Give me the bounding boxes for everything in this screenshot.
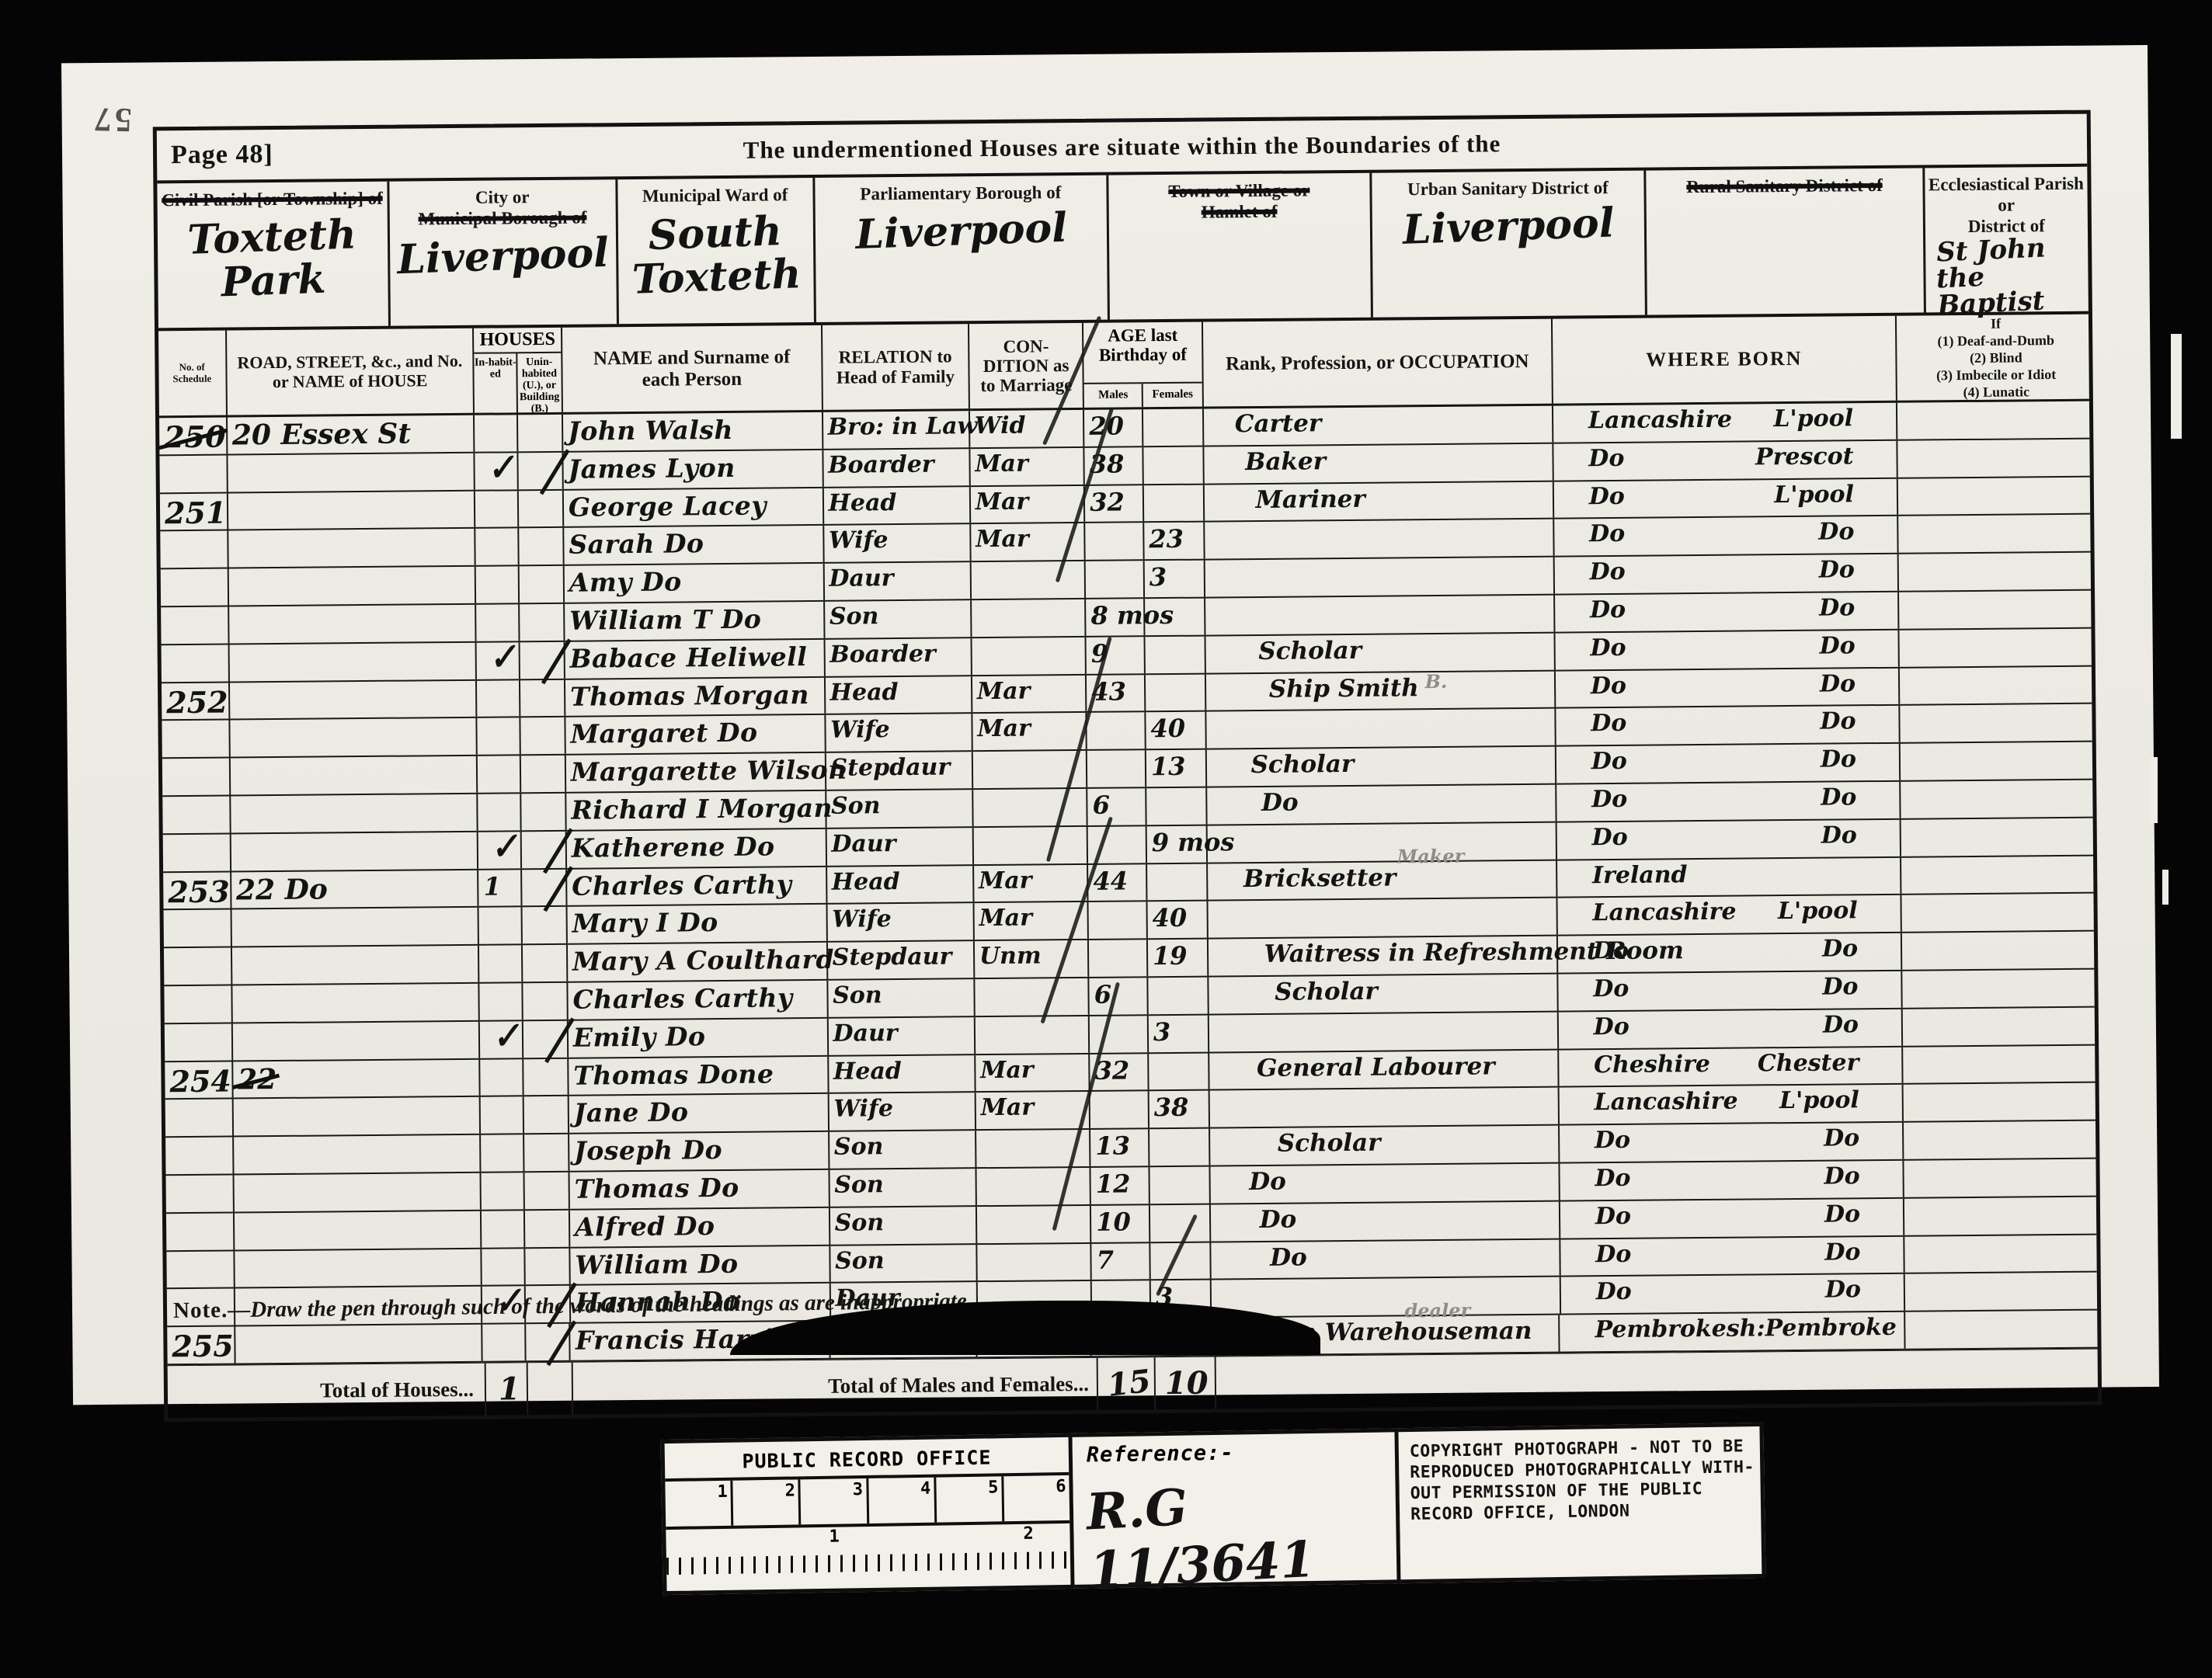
born-place: Do xyxy=(1819,556,1855,583)
born-county: Do xyxy=(1591,748,1627,775)
cell-where-born: LancashireL'pool xyxy=(1559,1085,1904,1124)
locality-box-value: South Toxteth xyxy=(617,209,815,303)
total-females-value: 10 xyxy=(1156,1365,1209,1402)
cell-condition: Mar xyxy=(970,448,1085,485)
cell-infirmity xyxy=(1904,1197,2096,1235)
age-female: 40 xyxy=(1150,714,1185,743)
cell-age-male: 6 xyxy=(1087,788,1146,825)
photo-artifact xyxy=(2162,870,2169,905)
cell-road: 22 xyxy=(233,1059,481,1098)
ruler-cm-cell: 5 xyxy=(936,1476,1004,1522)
cell-name: Mary A Coulthard xyxy=(568,943,828,981)
cell-uninhabited xyxy=(519,528,564,565)
cell-occupation xyxy=(1205,519,1555,559)
locality-box-6: Rural Sanitary District of xyxy=(1647,168,1926,314)
cell-where-born: DoPrescot xyxy=(1553,441,1898,481)
born-county: Do xyxy=(1593,975,1629,1002)
cell-age-female xyxy=(1149,1053,1209,1089)
cell-condition xyxy=(977,1206,1092,1243)
relation-to-head: Wife xyxy=(830,717,890,745)
cell-age-male xyxy=(1085,523,1144,560)
cell-condition xyxy=(977,1243,1092,1280)
ruler-cm-number: 3 xyxy=(853,1480,864,1499)
person-name: Richard I Morgan xyxy=(571,793,833,825)
cell-infirmity xyxy=(1901,742,2092,780)
photo-artifact xyxy=(2150,757,2158,823)
ruler-cm-cell: 4 xyxy=(868,1478,937,1523)
road-street: 20 Essex St xyxy=(232,417,411,451)
age-male: 6 xyxy=(1092,790,1110,820)
cell-age-female: 13 xyxy=(1146,750,1207,787)
locality-box-value: Liverpool xyxy=(815,205,1108,259)
age-female: 13 xyxy=(1151,752,1186,781)
cell-occupation: Do xyxy=(1211,1239,1561,1279)
cell-age-female: 3 xyxy=(1149,1015,1209,1051)
cell-age-female: 9 mos xyxy=(1147,825,1208,862)
reference-value: R.G 11/3641 xyxy=(1085,1468,1399,1600)
cell-name: Thomas Done xyxy=(569,1056,829,1095)
cell-where-born: CheshireChester xyxy=(1559,1047,1904,1086)
pencil-annotation: dealer xyxy=(1404,1299,1470,1322)
col-houses: HOUSES xyxy=(474,328,561,354)
marital-condition: Mar xyxy=(975,450,1028,478)
born-county: Do xyxy=(1589,558,1625,585)
born-place: Do xyxy=(1820,708,1856,735)
cell-schedule: 255 xyxy=(167,1327,235,1364)
cell-where-born: DoDo xyxy=(1560,1236,1905,1276)
cell-name: Amy Do xyxy=(565,564,825,603)
cell-name: Alfred Do xyxy=(570,1208,830,1247)
cell-uninhabited xyxy=(521,717,566,754)
born-county: Do xyxy=(1596,1278,1632,1305)
age-female: 3 xyxy=(1149,562,1167,592)
cell-uninhabited xyxy=(523,1058,569,1095)
col-houses-group: HOUSES In-habit-ed Unin-habited (U.), or… xyxy=(474,328,562,413)
pro-ruler-box: PUBLIC RECORD OFFICE 123456 12 xyxy=(661,1433,1075,1595)
col-infirmity-line: (3) Imbecile or Idiot xyxy=(1936,366,2056,384)
born-place: Do xyxy=(1819,632,1855,659)
occupation: Do xyxy=(1249,1168,1286,1196)
born-place: Do xyxy=(1824,1162,1859,1190)
pro-office-label: PUBLIC RECORD OFFICE xyxy=(665,1437,1069,1482)
born-place: Do xyxy=(1822,935,1858,962)
cell-infirmity xyxy=(1897,439,2089,477)
cell-condition xyxy=(972,638,1087,675)
cell-relation: Son xyxy=(825,600,972,638)
cell-occupation: General Labourer xyxy=(1209,1050,1560,1089)
cell-uninhabited xyxy=(526,1248,571,1284)
cell-occupation xyxy=(1207,822,1557,862)
cell-road xyxy=(230,718,478,757)
cell-relation: Daur xyxy=(828,1017,976,1054)
age-male: 44 xyxy=(1093,866,1128,895)
schedule-number: 251 xyxy=(165,495,227,530)
cell-relation: Head xyxy=(826,676,973,714)
cell-age-male: 8 mos xyxy=(1086,599,1145,635)
cell-name: Joseph Do xyxy=(569,1132,829,1171)
age-female: 23 xyxy=(1149,524,1184,554)
cell-schedule xyxy=(161,569,229,606)
cell-schedule xyxy=(160,531,228,568)
locality-box-1: City orMunicipal Borough ofLiverpool xyxy=(389,179,618,326)
locality-box-value: Liverpool xyxy=(1372,200,1645,253)
cell-inhabited xyxy=(482,1173,525,1209)
cell-inhabited xyxy=(476,566,520,603)
cell-where-born: DoDo xyxy=(1559,1009,1904,1049)
cell-name: James Lyon xyxy=(563,450,823,489)
person-name: George Lacey xyxy=(569,490,767,522)
cell-schedule: 252 xyxy=(162,683,230,720)
person-name: Katherene Do xyxy=(572,831,775,863)
cell-infirmity xyxy=(1903,1007,2095,1045)
cell-where-born: DoDo xyxy=(1556,744,1901,783)
relation-to-head: Head xyxy=(828,489,896,517)
age-male: 7 xyxy=(1097,1245,1115,1274)
cell-road xyxy=(230,756,478,795)
relation-to-head: Boarder xyxy=(828,450,934,478)
cell-name: John Walsh xyxy=(563,412,823,451)
column-header-row: No. of Schedule ROAD, STREET, &c., and N… xyxy=(158,314,2089,419)
relation-to-head: Stepdaur xyxy=(833,943,952,971)
age-male: 32 xyxy=(1090,487,1125,516)
cell-uninhabited xyxy=(523,983,569,1020)
cell-occupation: Scholar xyxy=(1205,633,1556,672)
born-county: Lancashire xyxy=(1588,406,1732,435)
cell-infirmity xyxy=(1899,553,2091,591)
born-county: Do xyxy=(1593,937,1629,964)
occupation: BricksetterMaker xyxy=(1243,863,1396,893)
cell-uninhabited xyxy=(524,1134,569,1171)
cell-inhabited xyxy=(479,908,523,944)
cell-inhabited xyxy=(482,1324,526,1360)
age-male: 13 xyxy=(1095,1131,1130,1161)
relation-to-head: Son xyxy=(835,1247,885,1275)
cell-age-female xyxy=(1149,1129,1210,1166)
ruler-inch-number: 2 xyxy=(1023,1524,1034,1544)
cell-age-female xyxy=(1144,485,1205,521)
locality-box-label: Urban Sanitary District of xyxy=(1372,177,1644,200)
born-place: Do xyxy=(1823,1011,1859,1038)
schedule-number: 252 xyxy=(166,684,228,720)
cell-infirmity xyxy=(1904,1083,2095,1121)
reference-label: Reference:- xyxy=(1087,1438,1395,1467)
cell-occupation: Ship SmithB. xyxy=(1206,671,1556,710)
cell-inhabited: 1 xyxy=(478,870,522,906)
cell-occupation xyxy=(1208,898,1558,938)
person-name: Jane Do xyxy=(574,1097,689,1128)
cell-name: Charles Carthy xyxy=(568,981,828,1020)
locality-box-4: Town or Village orHamlet of xyxy=(1108,173,1372,320)
cell-where-born: DoL'pool xyxy=(1554,478,1899,518)
cell-inhabited: ✓ xyxy=(475,453,519,489)
cell-condition: Mar xyxy=(974,864,1089,902)
ruler-inch-row: 12 xyxy=(666,1523,1070,1575)
cell-condition: Mar xyxy=(976,1092,1090,1129)
cell-infirmity xyxy=(1897,401,2089,439)
cell-name: Sarah Do xyxy=(564,526,824,565)
cell-schedule: 253 xyxy=(163,872,231,909)
cell-infirmity xyxy=(1904,1235,2096,1273)
cell-where-born: DoDo xyxy=(1556,820,1901,860)
occupation: Do xyxy=(1270,1243,1307,1271)
cell-uninhabited xyxy=(518,415,563,451)
cell-road xyxy=(228,567,476,606)
cell-age-female: 19 xyxy=(1148,940,1209,976)
occupation: Scholar xyxy=(1250,750,1354,779)
born-county: Do xyxy=(1595,1165,1630,1192)
cell-name: Charles Carthy xyxy=(567,867,827,905)
age-male: 6 xyxy=(1094,980,1112,1009)
born-place: L'pool xyxy=(1774,481,1854,509)
cell-age-male: 44 xyxy=(1088,864,1147,901)
cell-age-female xyxy=(1148,978,1209,1014)
locality-box-0: Civil Parish [or Township] ofToxteth Par… xyxy=(157,182,390,328)
road-street: 22 xyxy=(238,1063,276,1096)
cell-road xyxy=(228,453,475,492)
table-body: 25020 Essex StJohn WalshBro: in LawWid20… xyxy=(159,401,2098,1366)
cell-relation: Head xyxy=(823,487,971,524)
occupation: Scholar xyxy=(1258,637,1362,665)
person-name: Margaret Do xyxy=(570,717,757,749)
age-female: 38 xyxy=(1154,1093,1189,1122)
cell-occupation: Waitress in Refreshment Room xyxy=(1209,936,1559,976)
schedule-number: 250 xyxy=(164,419,226,455)
born-county: Pembrokesh: xyxy=(1595,1315,1765,1343)
cell-occupation: Scholar xyxy=(1209,974,1559,1014)
cell-name: Thomas Do xyxy=(569,1170,829,1209)
photo-artifact xyxy=(2171,334,2182,439)
relation-to-head: Head xyxy=(830,679,899,707)
cell-name: Thomas Morgan xyxy=(565,677,826,716)
cell-where-born: DoDo xyxy=(1558,971,1903,1011)
locality-box-label: Rural Sanitary District of xyxy=(1647,174,1923,197)
cell-road xyxy=(232,984,480,1023)
form-title: The undermentioned Houses are situate wi… xyxy=(157,125,2087,170)
cell-schedule xyxy=(161,607,229,644)
locality-box-3: Parliamentary Borough ofLiverpool xyxy=(815,175,1110,322)
cell-infirmity xyxy=(1902,932,2094,970)
cell-road: 20 Essex St xyxy=(228,415,475,454)
ruler-cm-cell: 1 xyxy=(665,1481,733,1527)
cell-age-female xyxy=(1145,636,1205,672)
cell-age-male xyxy=(1086,561,1145,597)
cell-road xyxy=(232,946,480,985)
born-place: L'pool xyxy=(1779,1087,1859,1115)
cell-condition xyxy=(971,561,1086,599)
cell-occupation: Scholar xyxy=(1206,747,1556,787)
cell-where-born: DoDo xyxy=(1554,516,1899,556)
cell-schedule xyxy=(165,1138,234,1175)
col-name: NAME and Surname of each Person xyxy=(562,325,823,412)
cell-relation: Boarder xyxy=(825,638,972,676)
cell-uninhabited xyxy=(520,679,565,716)
col-occupation: Rank, Profession, or OCCUPATION xyxy=(1203,319,1553,407)
cell-occupation xyxy=(1211,1277,1561,1317)
marital-condition: Mar xyxy=(980,1056,1034,1084)
cell-relation: Son xyxy=(830,1245,978,1282)
cell-name: Margarette Wilson xyxy=(566,753,826,792)
born-place: Do xyxy=(1824,1124,1859,1152)
occupation: Carter xyxy=(1235,409,1322,438)
cell-name: Babace Heliwell xyxy=(565,640,825,679)
relation-to-head: Head xyxy=(833,1058,902,1086)
locality-box-label: Hamlet of xyxy=(1109,200,1370,224)
cell-age-female: 23 xyxy=(1144,523,1205,559)
cell-where-born: Ireland xyxy=(1557,857,1902,897)
col-infirmity-line: (4) Lunatic xyxy=(1963,383,2029,401)
cell-infirmity xyxy=(1905,1273,2097,1311)
relation-to-head: Son xyxy=(829,603,879,631)
cell-where-born: DoDo xyxy=(1558,933,1903,973)
born-place: Do xyxy=(1822,973,1858,1000)
copyright-line: RECORD OFFICE, LONDON xyxy=(1410,1499,1761,1525)
relation-to-head: Son xyxy=(831,792,881,820)
cell-age-male: 32 xyxy=(1085,485,1144,522)
person-name: Mary A Coulthard xyxy=(572,944,834,977)
relation-to-head: Wife xyxy=(832,905,892,933)
cell-inhabited xyxy=(481,1097,524,1134)
cell-road xyxy=(232,1021,480,1060)
cell-age-female xyxy=(1146,788,1207,825)
cell-schedule: 251 xyxy=(160,493,228,530)
cell-age-female: 3 xyxy=(1145,561,1205,597)
locality-box-label: Civil Parish [or Township] of xyxy=(157,188,387,211)
cell-age-female: 40 xyxy=(1147,902,1208,938)
occupation: Do xyxy=(1260,1205,1297,1233)
born-county: Lancashire xyxy=(1592,898,1736,927)
born-county: Do xyxy=(1595,1203,1631,1230)
cell-name: Katherene Do xyxy=(567,829,827,868)
relation-to-head: Daur xyxy=(829,565,893,592)
cell-road xyxy=(233,1097,481,1136)
born-place: Do xyxy=(1821,745,1856,773)
cell-relation: Stepdaur xyxy=(826,752,973,789)
cell-inhabited: ✓ xyxy=(480,1021,523,1058)
cell-occupation: BricksetterMaker xyxy=(1208,860,1558,900)
cell-uninhabited xyxy=(523,945,568,981)
cell-name: George Lacey xyxy=(564,488,824,526)
cell-relation: Boarder xyxy=(823,449,971,486)
cell-inhabited xyxy=(477,680,520,717)
age-female: 19 xyxy=(1153,941,1188,971)
age-male: 12 xyxy=(1096,1169,1131,1198)
cell-road xyxy=(231,908,479,947)
cell-where-born: DoDo xyxy=(1560,1123,1904,1162)
locality-box-2: Municipal Ward ofSouth Toxteth xyxy=(617,178,816,324)
cell-occupation: Baker xyxy=(1204,443,1554,483)
col-infirmity: If(1) Deaf-and-Dumb(2) Blind(3) Imbecile… xyxy=(1897,314,2089,401)
born-place: L'pool xyxy=(1778,898,1858,926)
cell-inhabited xyxy=(478,756,521,792)
cell-age-male: 13 xyxy=(1090,1129,1149,1166)
census-form-frame: Page 48] The undermentioned Houses are s… xyxy=(153,110,2102,1423)
person-name: Mary I Do xyxy=(572,907,718,939)
cell-occupation xyxy=(1209,1012,1559,1051)
cell-age-male: 20 xyxy=(1084,409,1143,446)
cell-road xyxy=(235,1325,483,1364)
cell-inhabited xyxy=(478,718,521,755)
cell-uninhabited xyxy=(523,907,568,943)
cell-infirmity xyxy=(1899,628,2091,666)
schedule-number: 255 xyxy=(172,1329,234,1364)
cell-infirmity xyxy=(1904,1159,2095,1197)
col-infirmity-line: (2) Blind xyxy=(1970,349,2022,367)
cell-age-male: 12 xyxy=(1091,1167,1150,1204)
person-name: Margarette Wilson xyxy=(571,755,847,787)
ruler-inch-number: 1 xyxy=(829,1527,840,1547)
born-county: Do xyxy=(1588,445,1624,472)
cell-condition xyxy=(973,827,1088,864)
col-uninhabited: Unin-habited (U.), or Building (B.) xyxy=(518,353,562,415)
born-place: L'pool xyxy=(1773,405,1853,433)
cell-condition: Mar xyxy=(976,1054,1090,1091)
pencil-annotation: Maker xyxy=(1396,844,1464,867)
occupation: Scholar xyxy=(1275,978,1378,1006)
cell-infirmity xyxy=(1901,894,2093,932)
cell-inhabited: ✓ xyxy=(478,832,522,868)
marital-condition: Unm xyxy=(979,943,1042,971)
cell-infirmity xyxy=(1898,515,2090,553)
ruler-cm-number: 2 xyxy=(784,1481,795,1500)
ruler-cm-number: 4 xyxy=(920,1479,931,1499)
born-county: Do xyxy=(1590,634,1626,662)
col-age: AGE last Birthday of xyxy=(1083,322,1202,383)
cell-infirmity xyxy=(1900,704,2092,742)
cell-uninhabited xyxy=(525,1173,570,1209)
cell-road xyxy=(235,1249,482,1287)
locality-box-label: Municipal Borough of xyxy=(389,207,615,230)
locality-box-value2: the Baptist xyxy=(1925,259,2089,319)
ruler-cm-number: 5 xyxy=(988,1478,999,1497)
cell-occupation xyxy=(1205,596,1556,635)
person-name: John Walsh xyxy=(568,415,733,446)
cell-relation: Daur xyxy=(826,828,974,865)
locality-box-value: Liverpool xyxy=(389,231,617,282)
cell-occupation: Do xyxy=(1207,785,1557,825)
cell-infirmity xyxy=(1901,856,2093,894)
cell-schedule xyxy=(159,455,228,492)
cell-age-male xyxy=(1087,713,1146,749)
ruler-cm-cell: 2 xyxy=(733,1479,802,1525)
cell-age-male: 7 xyxy=(1092,1243,1151,1280)
cell-occupation: Scholar xyxy=(1210,1126,1560,1166)
relation-to-head: Son xyxy=(835,1209,885,1237)
cell-uninhabited xyxy=(525,1210,570,1246)
cell-condition: Mar xyxy=(972,675,1087,712)
cell-condition: Mar xyxy=(972,713,1087,750)
cell-relation: Wife xyxy=(824,525,972,562)
occupation: Do xyxy=(1261,789,1299,817)
col-road: ROAD, STREET, &c., and No. or NAME of HO… xyxy=(227,328,475,415)
inhabited-count: 1 xyxy=(483,871,501,901)
person-name: James Lyon xyxy=(568,453,736,485)
born-county: Cheshire xyxy=(1594,1050,1710,1078)
ruler-cm-cell: 3 xyxy=(801,1478,869,1524)
cell-infirmity xyxy=(1905,1311,2097,1349)
cell-where-born: DoDo xyxy=(1555,592,1900,632)
cell-uninhabited xyxy=(521,794,566,830)
cell-age-male xyxy=(1090,1092,1149,1128)
person-name: Charles Carthy xyxy=(572,982,792,1014)
total-houses-label: Total of Houses... xyxy=(320,1377,474,1403)
cell-name: Margaret Do xyxy=(565,715,826,754)
cell-where-born: DoDo xyxy=(1560,1198,1905,1238)
cell-relation: Bro: in Law xyxy=(823,411,971,448)
col-females: Females xyxy=(1143,384,1202,408)
cell-condition xyxy=(975,978,1090,1016)
col-relation: RELATION to Head of Family xyxy=(823,324,970,410)
total-houses-value: 1 xyxy=(486,1371,520,1407)
